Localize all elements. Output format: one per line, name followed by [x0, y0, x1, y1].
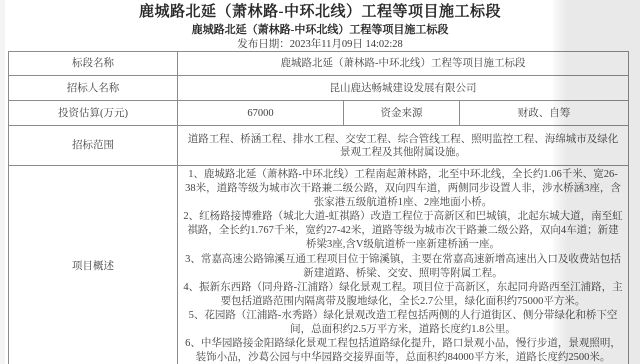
left-edge-shade: [0, 0, 5, 364]
overview-paragraph-2: 2、红杨路接博雅路（城北大道-虹祺路）改造工程位于高新区和巴城镇，北起东城大道，…: [183, 210, 623, 252]
page-title: 鹿城路北延（萧林路-中环北线）工程等项目施工标段: [0, 4, 640, 21]
table-row-investment: 投资估算(万元) 67000 资金来源 财政、自筹: [9, 101, 629, 126]
page-subtitle: 鹿城路北延（萧林路-中环北线）工程等项目施工标段: [0, 24, 640, 36]
funding-label: 资金来源: [344, 101, 460, 126]
tender-notice-page: { "header": { "title": "鹿城路北延（萧林路-中环北线）工…: [0, 0, 640, 364]
publish-date: 发布日期：2023年11月09日 14:02:28: [0, 39, 640, 50]
tenderee-label: 招标人名称: [9, 76, 178, 101]
overview-paragraph-6: 6、中华园路接金阳路绿化景观工程包括道路绿化提升，路口景观小品，慢行步道，景观照…: [183, 337, 623, 364]
scope-value: 道路工程、桥涵工程、排水工程、交安工程、综合管线工程、照明监控工程、海绵城市及绿…: [178, 126, 629, 166]
funding-value: 财政、自筹: [460, 101, 629, 126]
overview-value: 1、鹿城路北延（萧林路-中环北线）工程南起萧林路，北至中环北线，全长约1.06千…: [178, 166, 629, 364]
overview-paragraph-3: 3、常嘉高速公路锦溪互通工程项目位于锦溪镇，主要在常嘉高速新增高速出入口及收费站…: [183, 253, 623, 281]
tenderee-value: 昆山鹿达畅城建设发展有限公司: [178, 76, 629, 101]
overview-paragraph-5: 5、花园路（江浦路-水秀路）绿化景观改造工程包括两侧的人行道街区、侧分带绿化和桥…: [183, 309, 623, 337]
section-name-value: 鹿城路北延（萧林路-中环北线）工程等项目施工标段: [178, 52, 629, 76]
table-row-section-name: 标段名称 鹿城路北延（萧林路-中环北线）工程等项目施工标段: [9, 52, 629, 76]
table-row-scope: 招标范围 道路工程、桥涵工程、排水工程、交安工程、综合管线工程、照明监控工程、海…: [9, 126, 629, 166]
overview-label: 项目概述: [9, 166, 178, 364]
investment-label: 投资估算(万元): [9, 101, 178, 126]
table-row-tenderee: 招标人名称 昆山鹿达畅城建设发展有限公司: [9, 76, 629, 101]
overview-paragraph-4: 4、振新东西路（同舟路-江浦路）绿化景观工程。项目位于高新区，东起同舟路西至江浦…: [183, 281, 623, 309]
section-name-label: 标段名称: [9, 52, 178, 76]
investment-value: 67000: [178, 101, 344, 126]
table-row-overview: 项目概述 1、鹿城路北延（萧林路-中环北线）工程南起萧林路，北至中环北线，全长约…: [9, 166, 629, 364]
scope-label: 招标范围: [9, 126, 178, 166]
document-header: 鹿城路北延（萧林路-中环北线）工程等项目施工标段 鹿城路北延（萧林路-中环北线）…: [0, 0, 640, 50]
overview-paragraph-1: 1、鹿城路北延（萧林路-中环北线）工程南起萧林路，北至中环北线，全长约1.06千…: [183, 168, 623, 210]
tender-info-table: 标段名称 鹿城路北延（萧林路-中环北线）工程等项目施工标段 招标人名称 昆山鹿达…: [8, 51, 629, 364]
